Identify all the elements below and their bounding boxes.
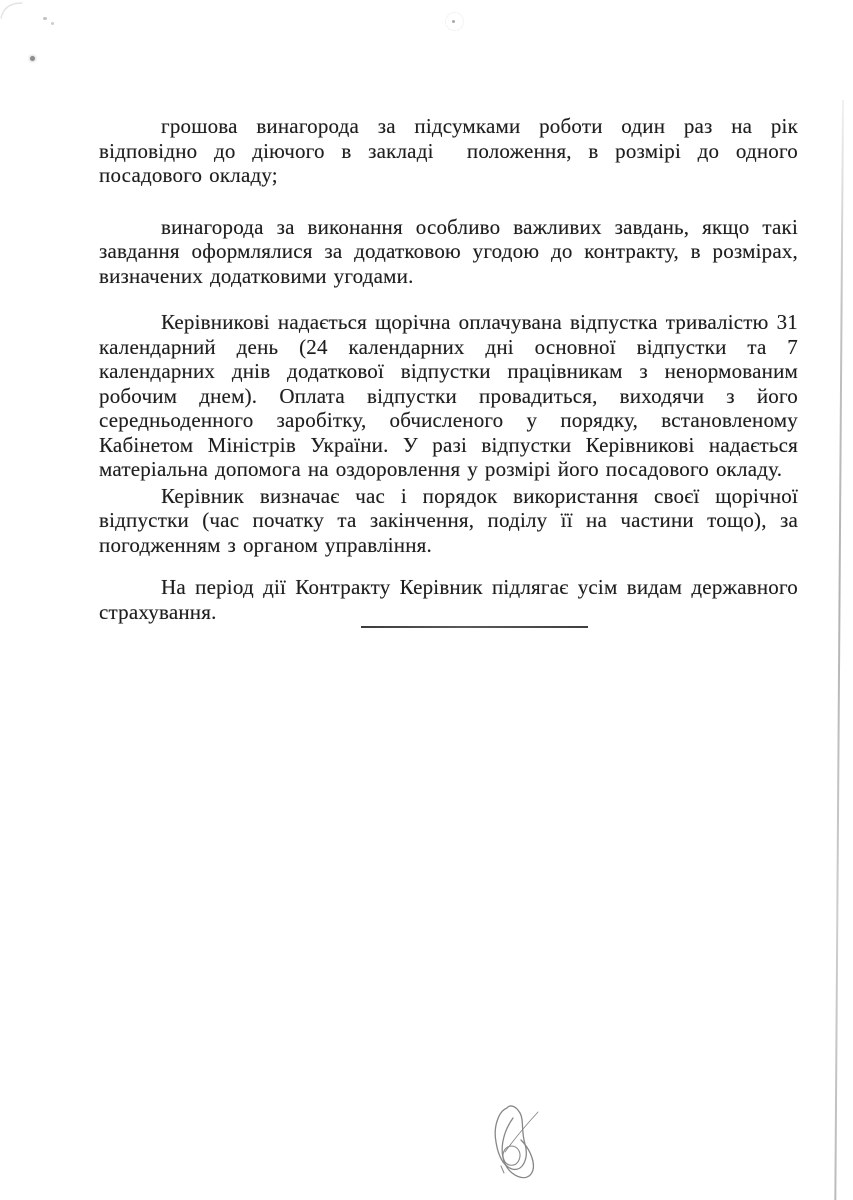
scan-speck <box>51 22 54 25</box>
scan-speck <box>452 20 455 23</box>
paragraph-state-insurance: На період дії Контракту Керівник підляга… <box>99 575 798 624</box>
signature-rule-line <box>361 626 588 628</box>
signature-scribble <box>473 1088 543 1188</box>
document-body: грошова винагорода за підсумками роботи … <box>99 114 798 624</box>
scan-speck <box>30 56 35 61</box>
paragraph-bonus-annual: грошова винагорода за підсумками роботи … <box>99 114 798 188</box>
scan-speck <box>43 17 47 20</box>
scan-streak-artifact <box>834 100 844 1200</box>
paragraph-vacation-terms: Керівникові надається щорічна оплачувана… <box>99 310 798 482</box>
paragraph-bonus-special-tasks: винагорода за виконання особливо важливи… <box>99 215 798 289</box>
paragraph-vacation-scheduling: Керівник визначає час і порядок використ… <box>99 484 798 558</box>
scanned-document-page: грошова винагорода за підсумками роботи … <box>0 0 853 1200</box>
scan-corner-artifact <box>0 0 26 22</box>
